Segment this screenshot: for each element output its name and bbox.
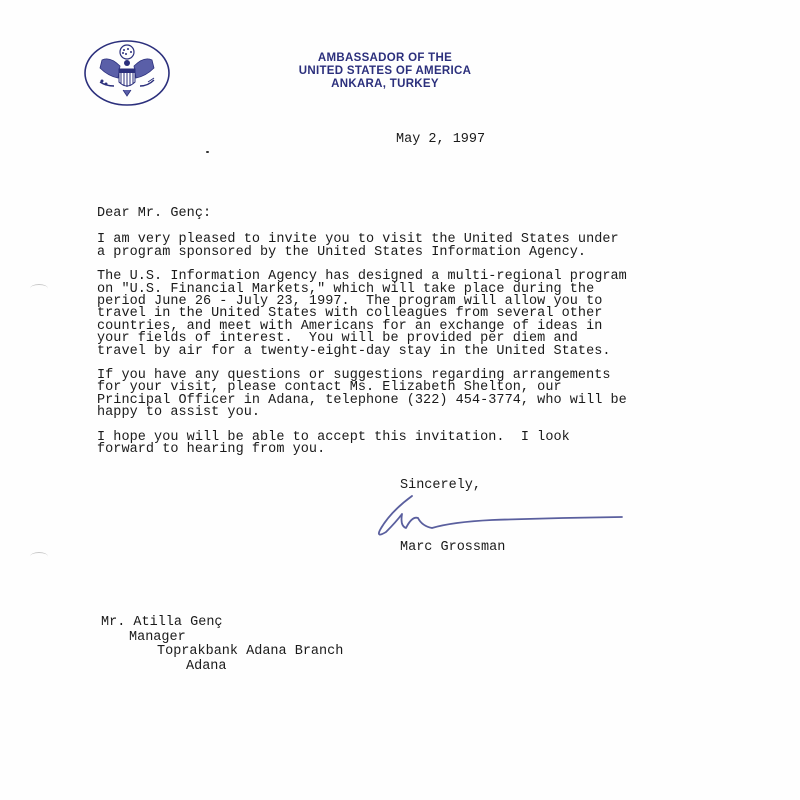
letter-date: May 2, 1997 bbox=[396, 132, 485, 147]
body-line: a program sponsored by the United States… bbox=[97, 247, 737, 259]
recipient-city: Adana bbox=[101, 660, 343, 675]
letter-page: AMBASSADOR OF THE UNITED STATES OF AMERI… bbox=[0, 0, 800, 800]
body-line: travel by air for a twenty-eight-day sta… bbox=[97, 346, 737, 358]
great-seal-icon bbox=[82, 38, 172, 108]
body-line: happy to assist you. bbox=[97, 407, 737, 419]
recipient-organization: Toprakbank Adana Branch bbox=[101, 645, 343, 660]
recipient-title: Manager bbox=[101, 631, 343, 646]
recipient-name: Mr. Atilla Genç bbox=[101, 616, 343, 631]
body-line: forward to hearing from you. bbox=[97, 444, 737, 456]
signer-name: Marc Grossman bbox=[400, 540, 505, 555]
punch-hole-mark bbox=[30, 552, 48, 561]
salutation: Dear Mr. Genç: bbox=[97, 208, 737, 220]
letterhead-line-title: AMBASSADOR OF THE bbox=[270, 52, 500, 65]
letterhead: AMBASSADOR OF THE UNITED STATES OF AMERI… bbox=[270, 52, 500, 91]
paragraph-contact: If you have any questions or suggestions… bbox=[97, 370, 737, 420]
letterhead-line-location: ANKARA, TURKEY bbox=[270, 78, 500, 91]
signature-icon bbox=[372, 492, 632, 542]
paragraph-program: The U.S. Information Agency has designed… bbox=[97, 271, 737, 358]
letterhead-line-country: UNITED STATES OF AMERICA bbox=[270, 65, 500, 78]
ink-speck bbox=[206, 151, 209, 153]
paragraph-closing-remark: I hope you will be able to accept this i… bbox=[97, 432, 737, 457]
paragraph-invitation: I am very pleased to invite you to visit… bbox=[97, 234, 737, 259]
closing: Sincerely, bbox=[400, 478, 481, 493]
recipient-address: Mr. Atilla Genç Manager Toprakbank Adana… bbox=[101, 616, 343, 674]
punch-hole-mark bbox=[30, 284, 48, 293]
letter-body: Dear Mr. Genç: I am very pleased to invi… bbox=[97, 208, 737, 469]
